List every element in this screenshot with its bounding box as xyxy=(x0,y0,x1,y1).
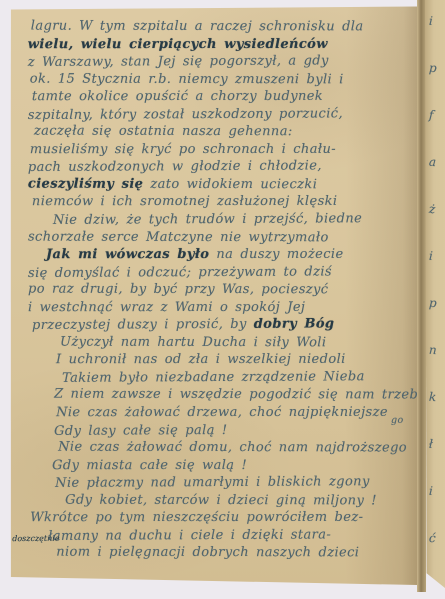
handwriting: lagru. W tym szpitalu a raczej schronisk… xyxy=(31,19,364,35)
letter-line: Użyczył nam hartu Ducha i siły Woli xyxy=(28,334,415,352)
handwriting: schorzałe serce Matczyne nie wytrzymało xyxy=(28,229,329,245)
handwriting: tamte okolice opuścić a chorzy budynek xyxy=(32,89,323,104)
handwriting: z Warszawy, stan Jej się pogorszył, a gd… xyxy=(28,54,329,71)
letter-line: schorzałe serce Matczyne nie wytrzymało xyxy=(28,229,415,247)
adjacent-page-letter-fragment: ż xyxy=(429,202,436,216)
letter-line: Takiem było niezbadane zrządzenie Nieba xyxy=(28,369,415,389)
handwriting: i westchnąć wraz z Wami o spokój Jej xyxy=(28,300,305,315)
handwriting: zato widokiem ucieczki xyxy=(143,177,317,192)
letter-line: szpitalny, który został uszkodzony porzu… xyxy=(28,106,415,126)
letter-line: Nie czas żałować drzewa, choć najpięknie… xyxy=(28,405,415,423)
adjacent-page-letter-fragment: i xyxy=(429,14,434,28)
handwriting: zaczęła się ostatnia nasza gehenna: xyxy=(34,124,293,140)
handwriting: Z niem zawsze i wszędzie pogodzić się na… xyxy=(54,387,426,403)
handwriting: Gdy miasta całe się walą ! xyxy=(52,458,247,473)
letter-line: Wkrótce po tym nieszczęściu powróciłem b… xyxy=(28,510,415,528)
handwriting: pach uszkodzonych w głodzie i chłodzie, xyxy=(28,159,322,176)
handwriting: Takiem było niezbadane zrządzenie Nieba xyxy=(62,369,365,386)
handwriting-emphasized: dobry Bóg xyxy=(254,317,335,332)
handwriting-emphasized: wielu, wielu cierpiących wysiedleńców xyxy=(28,36,328,51)
handwriting: szpitalny, który został uszkodzony porzu… xyxy=(28,106,343,123)
handwriting: się domyślać i odczuć; przeżywam to dziś xyxy=(28,264,332,281)
handwriting: musieliśmy się kryć po schronach i chału… xyxy=(30,142,336,157)
letter-line: I uchronił nas od zła i wszelkiej niedol… xyxy=(28,352,415,370)
adjacent-page-letter-fragment: a xyxy=(429,155,437,169)
letter-line: niom i pielęgnacji dobrych naszych dziec… xyxy=(28,545,415,563)
adjacent-page-letter-fragment: ć xyxy=(429,531,436,545)
adjacent-page-letter-fragment: ł xyxy=(429,437,434,451)
handwriting: na duszy możecie xyxy=(209,247,343,262)
letter-line: wielu, wielu cierpiących wysiedleńców xyxy=(28,36,415,54)
handwriting: ok. 15 Stycznia r.b. niemcy zmuszeni byl… xyxy=(30,71,344,87)
letter-line: i westchnąć wraz z Wami o spokój Jej xyxy=(28,300,415,318)
adjacent-page-letter-fragment: p xyxy=(429,296,437,310)
adjacent-page-letter-fragment: p xyxy=(429,61,437,75)
letter-line: zaczęła się ostatnia nasza gehenna: xyxy=(28,124,415,142)
handwriting: Nie płaczmy nad umarłymi i bliskich zgon… xyxy=(55,474,370,491)
handwriting: po raz drugi, by być przy Was, pocieszyć xyxy=(28,282,329,298)
letter-line: niemców i ich sromotnej zasłużonej klęsk… xyxy=(28,194,415,212)
handwriting: Wkrótce po tym nieszczęściu powróciłem b… xyxy=(30,510,363,525)
letter-page: lagru. W tym szpitalu a raczej schronisk… xyxy=(9,5,420,588)
letter-line: doszczętniełamany na duchu i ciele i dzi… xyxy=(28,527,415,547)
letter-line: Gdy kobiet, starców i dzieci giną miljon… xyxy=(28,492,415,510)
letter-line: Nie płaczmy nad umarłymi i bliskich zgon… xyxy=(28,474,415,494)
letter-line: lagru. W tym szpitalu a raczej schronisk… xyxy=(28,19,415,37)
handwriting: Nie czas żałować drzewa, choć najpięknie… xyxy=(56,405,388,420)
adjacent-page-letter-fragment: i xyxy=(429,484,434,498)
handwriting: Gdy lasy całe się palą ! xyxy=(54,423,227,439)
letter-line: ok. 15 Stycznia r.b. niemcy zmuszeni byl… xyxy=(28,71,415,89)
letter-line: pach uszkodzonych w głodzie i chłodzie, xyxy=(28,158,415,178)
handwriting: Gdy kobiet, starców i dzieci giną miljon… xyxy=(65,492,377,508)
adjacent-page-letter-fragment: i xyxy=(429,249,434,263)
handwriting: łamany na duchu i ciele i dzięki stara- xyxy=(48,527,331,543)
handwriting-emphasized: Jak mi wówczas było xyxy=(46,247,209,262)
letter-line: Z niem zawsze i wszędzie pogodzić się na… xyxy=(28,387,415,405)
letter-line: Jak mi wówczas było na duszy możecie xyxy=(28,247,415,265)
handwriting: Nie dziw, że tych trudów i przejść, bied… xyxy=(53,211,362,228)
adjacent-page-edge: ipfażipnkłić xyxy=(425,0,445,588)
margin-insertion-note: doszczętnie xyxy=(12,534,59,543)
letter-body: lagru. W tym szpitalu a raczej schronisk… xyxy=(10,6,420,588)
letter-line: cieszyliśmy się zato widokiem ucieczki xyxy=(28,176,415,194)
letter-line: musieliśmy się kryć po schronach i chału… xyxy=(28,142,415,160)
letter-line: Nie dziw, że tych trudów i przejść, bied… xyxy=(28,211,415,231)
letter-line: tamte okolice opuścić a chorzy budynek xyxy=(28,89,415,107)
handwriting: przeczystej duszy i prosić, by xyxy=(32,317,254,333)
page-fold-gutter xyxy=(417,0,426,592)
letter-line: Gdy miasta całe się walą ! xyxy=(28,457,415,475)
letter-line: Nie czas żałować domu, choć nam najdrożs… xyxy=(28,440,415,458)
scanned-letter-photo: lagru. W tym szpitalu a raczej schronisk… xyxy=(0,0,445,599)
letter-line: Gdy lasy całe się palą ! xyxy=(28,422,415,442)
adjacent-page-letter-fragment: f xyxy=(429,108,434,122)
handwriting: niemców i ich sromotnej zasłużonej klęsk… xyxy=(32,194,338,209)
adjacent-page-letter-fragment: k xyxy=(429,390,437,404)
handwriting: Użyczył nam hartu Ducha i siły Woli xyxy=(60,334,326,350)
letter-line: się domyślać i odczuć; przeżywam to dziś xyxy=(28,264,415,284)
handwriting: I uchronił nas od zła i wszelkiej niedol… xyxy=(56,352,346,367)
handwriting-emphasized: cieszyliśmy się xyxy=(28,176,143,191)
handwriting: Nie czas żałować domu, choć nam najdrożs… xyxy=(58,440,407,456)
letter-line: z Warszawy, stan Jej się pogorszył, a gd… xyxy=(28,53,415,73)
adjacent-page-letter-fragment: n xyxy=(429,343,437,357)
letter-line: przeczystej duszy i prosić, by dobry Bóg xyxy=(28,316,415,336)
handwriting: niom i pielęgnacji dobrych naszych dziec… xyxy=(56,545,359,561)
letter-line: po raz drugi, by być przy Was, pocieszyć xyxy=(28,282,415,300)
